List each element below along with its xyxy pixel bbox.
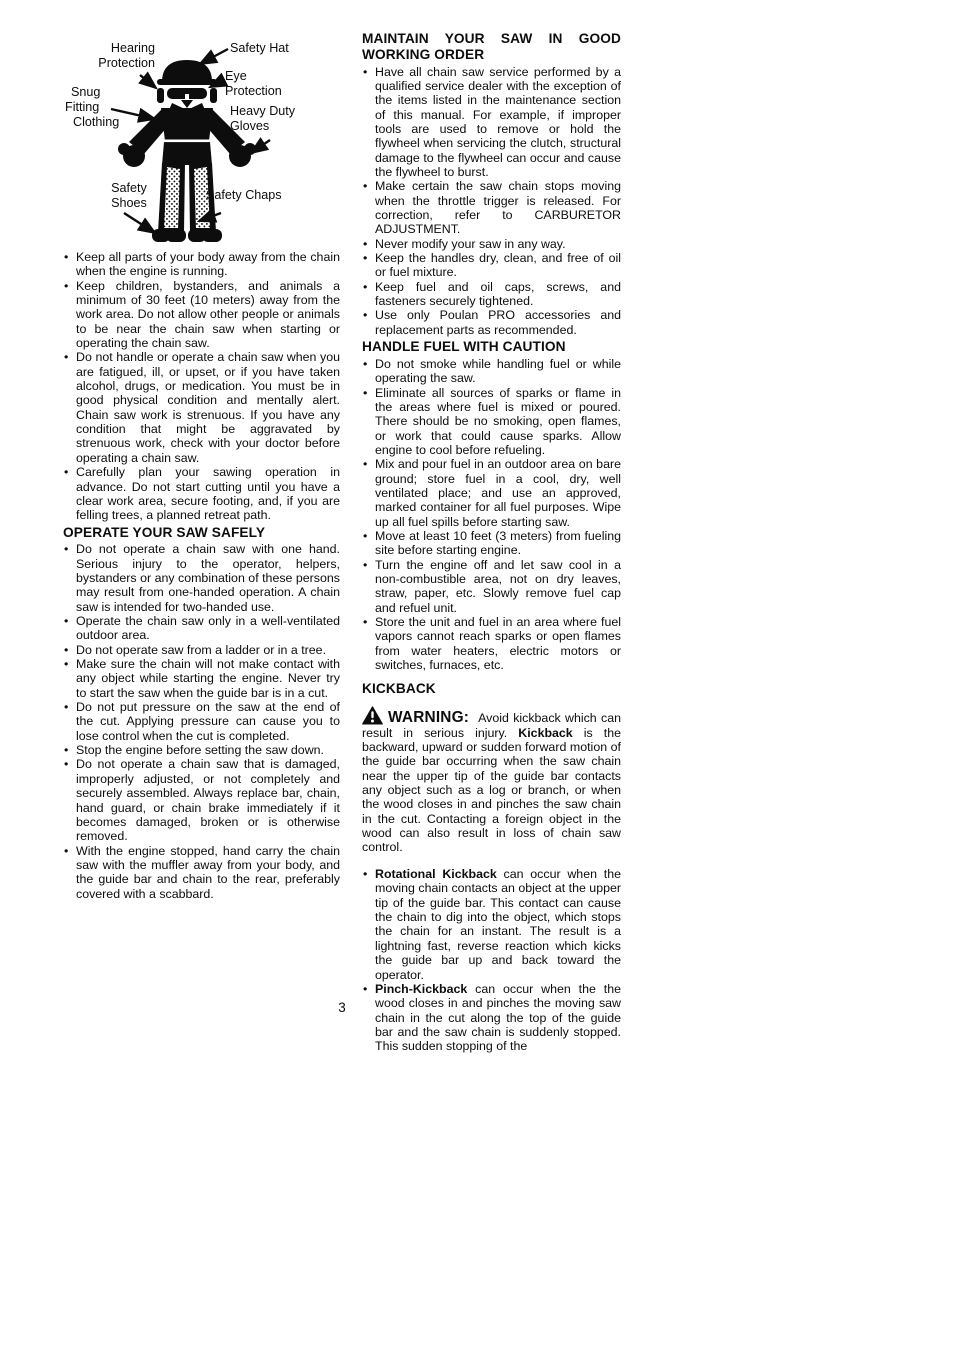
bullet-text: With the engine stopped, hand carry the … [76, 844, 340, 901]
bullet-marker: • [363, 237, 367, 251]
manual-page: Hearing Protection Safety Hat Eye Protec… [0, 0, 954, 1348]
bullet-marker: • [363, 280, 367, 294]
bullet-text: Have all chain saw service performed by … [375, 65, 621, 179]
bullet-item: • Keep all parts of your body away from … [63, 250, 340, 279]
figure-label-eye-protection: Eye Protection [225, 69, 282, 99]
right-column: MAINTAIN YOUR SAW IN GOOD WORKING ORDER … [362, 28, 621, 1054]
bullet-text: Store the unit and fuel in an area where… [375, 615, 621, 672]
bullet-marker: • [363, 982, 367, 996]
arrow-safety-shoes [124, 213, 155, 233]
bullet-text: Eliminate all sources of sparks or flame… [375, 386, 621, 457]
bullet-text: Stop the engine before setting the saw d… [76, 743, 324, 757]
safety-rules-bullet-list: • Keep all parts of your body away from … [63, 250, 340, 523]
section-heading-maintain-your-saw: MAINTAIN YOUR SAW IN GOOD WORKING ORDER [362, 31, 621, 63]
section-heading-operate-your-saw-safely: OPERATE YOUR SAW SAFELY [63, 525, 340, 541]
bullet-text: Do not put pressure on the saw at the en… [76, 700, 340, 743]
operate-saw-bullet-list: • Do not operate a chain saw with one ha… [63, 542, 340, 901]
bullet-item: •Rotational Kickback can occur when the … [362, 867, 621, 982]
bullet-item: • Keep children, bystanders, and animals… [63, 279, 340, 351]
bullet-text: Keep all parts of your body away from th… [76, 250, 340, 278]
bullet-text: Keep fuel and oil caps, screws, and fast… [375, 280, 621, 308]
bullet-marker: • [363, 529, 367, 543]
kickback-types-bullet-list: •Rotational Kickback can occur when the … [362, 867, 621, 1053]
bullet-marker: • [363, 867, 367, 881]
bullet-text: Do not operate a chain saw with one hand… [76, 542, 340, 613]
bullet-item: • Make sure the chain will not make cont… [63, 657, 340, 700]
bullet-marker: • [363, 558, 367, 572]
bullet-bold-lead: Rotational Kickback [375, 867, 497, 881]
arrow-hearing-protection [140, 75, 156, 88]
bullet-text: Do not operate saw from a ladder or in a… [76, 643, 326, 657]
bullet-marker: • [64, 614, 68, 628]
bullet-text: Do not smoke while handling fuel or whil… [375, 357, 621, 385]
bullet-item: • Do not put pressure on the saw at the … [63, 700, 340, 743]
bullet-text: Turn the engine off and let saw cool in … [375, 558, 621, 615]
maintain-saw-bullet-list: • Have all chain saw service performed b… [362, 65, 621, 338]
bullet-item: • Eliminate all sources of sparks or fla… [362, 386, 621, 458]
bullet-marker: • [64, 350, 68, 364]
arrow-safety-hat [200, 49, 228, 64]
bullet-item: • Do not handle or operate a chain saw w… [63, 350, 340, 465]
figure-label-hearing-protection: Hearing Protection [98, 41, 155, 71]
warning-text-part2: is the backward, upward or sudden forwar… [362, 726, 621, 855]
figure-label-safety-hat: Safety Hat [230, 41, 289, 56]
bullet-marker: • [363, 386, 367, 400]
kickback-warning-paragraph: WARNING:Avoid kickback which can result … [362, 706, 621, 854]
page-number: 3 [63, 1000, 621, 1015]
bullet-item: • With the engine stopped, hand carry th… [63, 844, 340, 901]
bullet-text: Do not operate a chain saw that is damag… [76, 757, 340, 843]
bullet-item: • Make certain the saw chain stops movin… [362, 179, 621, 236]
bullet-item: • Mix and pour fuel in an outdoor area o… [362, 457, 621, 529]
bullet-bold-lead: Pinch-Kickback [375, 982, 467, 996]
bullet-text: can occur when the moving chain contacts… [375, 867, 621, 981]
bullet-text: Make certain the saw chain stops moving … [375, 179, 621, 236]
bullet-item: • Turn the engine off and let saw cool i… [362, 558, 621, 615]
bullet-item: • Do not operate saw from a ladder or in… [63, 643, 340, 657]
bullet-marker: • [64, 250, 68, 264]
bullet-marker: • [363, 179, 367, 193]
bullet-marker: • [363, 65, 367, 79]
bullet-item: • Do not smoke while handling fuel or wh… [362, 357, 621, 386]
warning-triangle-icon [362, 706, 383, 725]
safety-equipment-figure: Hearing Protection Safety Hat Eye Protec… [58, 30, 339, 249]
bullet-item: • Have all chain saw service performed b… [362, 65, 621, 180]
bullet-item: • Keep the handles dry, clean, and free … [362, 251, 621, 280]
figure-label-heavy-duty-gloves: Heavy Duty Gloves [230, 104, 295, 134]
bullet-item: • Stop the engine before setting the saw… [63, 743, 340, 757]
bullet-item: • Store the unit and fuel in an area whe… [362, 615, 621, 672]
bullet-text: Move at least 10 feet (3 meters) from fu… [375, 529, 621, 557]
bullet-text: Mix and pour fuel in an outdoor area on … [375, 457, 621, 528]
bullet-text: Operate the chain saw only in a well-ven… [76, 614, 340, 642]
bullet-marker: • [64, 657, 68, 671]
bullet-text: Keep the handles dry, clean, and free of… [375, 251, 621, 279]
bullet-text: Carefully plan your sawing operation in … [76, 465, 340, 522]
bullet-marker: • [64, 700, 68, 714]
bullet-item: • Operate the chain saw only in a well-v… [63, 614, 340, 643]
bullet-marker: • [64, 844, 68, 858]
bullet-marker: • [64, 643, 68, 657]
bullet-marker: • [64, 465, 68, 479]
bullet-item: • Never modify your saw in any way. [362, 237, 621, 251]
bullet-text: Never modify your saw in any way. [375, 237, 566, 251]
figure-label-snug-fitting-clothing: Snug Fitting Clothing [65, 85, 119, 131]
bullet-marker: • [363, 615, 367, 629]
bullet-marker: • [64, 542, 68, 556]
bullet-marker: • [363, 251, 367, 265]
bullet-marker: • [64, 757, 68, 771]
bullet-item: • Do not operate a chain saw with one ha… [63, 542, 340, 614]
figure-label-safety-shoes: Safety Shoes [105, 181, 153, 211]
warning-bold-word: Kickback [518, 726, 572, 740]
bullet-marker: • [363, 357, 367, 371]
bullet-item: • Carefully plan your sawing operation i… [63, 465, 340, 522]
bullet-item: • Keep fuel and oil caps, screws, and fa… [362, 280, 621, 309]
bullet-text: Keep children, bystanders, and animals a… [76, 279, 340, 350]
bullet-item: • Move at least 10 feet (3 meters) from … [362, 529, 621, 558]
bullet-marker: • [363, 308, 367, 322]
bullet-marker: • [64, 279, 68, 293]
bullet-text: Make sure the chain will not make contac… [76, 657, 340, 700]
bullet-marker: • [363, 457, 367, 471]
section-heading-handle-fuel-with-caution: HANDLE FUEL WITH CAUTION [362, 339, 621, 355]
bullet-item: •Pinch-Kickback can occur when the the w… [362, 982, 621, 1054]
bullet-item: • Do not operate a chain saw that is dam… [63, 757, 340, 843]
bullet-marker: • [64, 743, 68, 757]
section-heading-kickback: KICKBACK [362, 681, 621, 697]
handle-fuel-bullet-list: • Do not smoke while handling fuel or wh… [362, 357, 621, 673]
figure-label-safety-chaps: Safety Chaps [206, 188, 282, 203]
left-column: Hearing Protection Safety Hat Eye Protec… [63, 30, 340, 901]
warning-label: WARNING: [388, 709, 469, 726]
bullet-text: Do not handle or operate a chain saw whe… [76, 350, 340, 464]
bullet-item: • Use only Poulan PRO accessories and re… [362, 308, 621, 337]
bullet-text: Use only Poulan PRO accessories and repl… [375, 308, 621, 336]
